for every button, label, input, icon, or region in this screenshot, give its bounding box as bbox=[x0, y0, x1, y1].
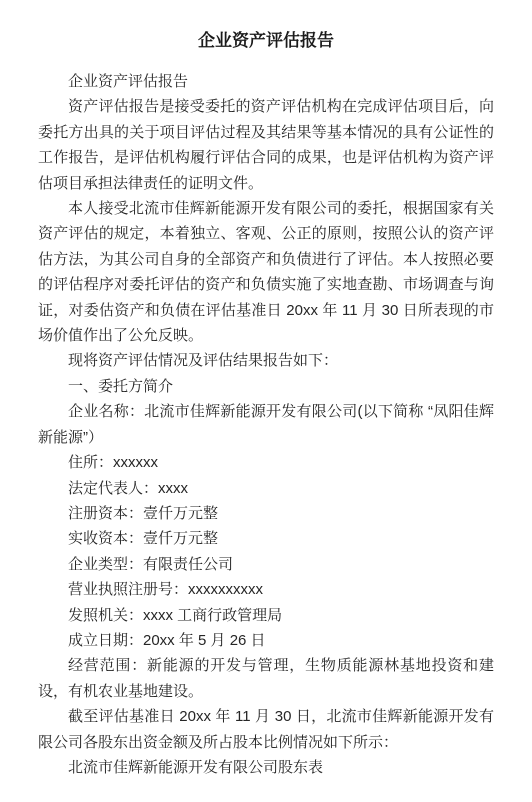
heading-section-one-client-profile: 一、委托方简介 bbox=[38, 374, 494, 399]
document-title: 企业资产评估报告 bbox=[38, 28, 494, 54]
field-company-type: 企业类型：有限责任公司 bbox=[38, 552, 494, 577]
field-license-issuing-authority: 发照机关：xxxx 工商行政管理局 bbox=[38, 603, 494, 628]
paragraph-shareholder-intro: 截至评估基准日 20xx 年 11 月 30 日，北流市佳辉新能源开发有限公司各… bbox=[38, 704, 494, 755]
field-establishment-date: 成立日期：20xx 年 5 月 26 日 bbox=[38, 628, 494, 653]
field-company-name: 企业名称：北流市佳辉新能源开发有限公司(以下简称 “凤阳佳辉新能源”） bbox=[38, 399, 494, 450]
field-registered-capital: 注册资本：壹仟万元整 bbox=[38, 501, 494, 526]
paragraph-report-lead-in: 现将资产评估情况及评估结果报告如下： bbox=[38, 348, 494, 373]
paragraph-shareholder-table-title: 北流市佳辉新能源开发有限公司股东表 bbox=[38, 755, 494, 780]
paragraph-engagement-statement: 本人接受北流市佳辉新能源开发有限公司的委托，根据国家有关资产评估的规定，本着独立… bbox=[38, 196, 494, 348]
field-business-scope: 经营范围：新能源的开发与管理，生物质能源林基地投资和建设，有机农业基地建设。 bbox=[38, 653, 494, 704]
paragraph-report-definition: 资产评估报告是接受委托的资产评估机构在完成评估项目后，向委托方出具的关于项目评估… bbox=[38, 94, 494, 196]
field-legal-representative: 法定代表人：xxxx bbox=[38, 476, 494, 501]
field-paid-in-capital: 实收资本：壹仟万元整 bbox=[38, 526, 494, 551]
paragraph-report-name: 企业资产评估报告 bbox=[38, 69, 494, 94]
field-address: 住所：xxxxxx bbox=[38, 450, 494, 475]
field-business-license-number: 营业执照注册号：xxxxxxxxxx bbox=[38, 577, 494, 602]
document-page: 企业资产评估报告 企业资产评估报告 资产评估报告是接受委托的资产评估机构在完成评… bbox=[0, 0, 532, 802]
